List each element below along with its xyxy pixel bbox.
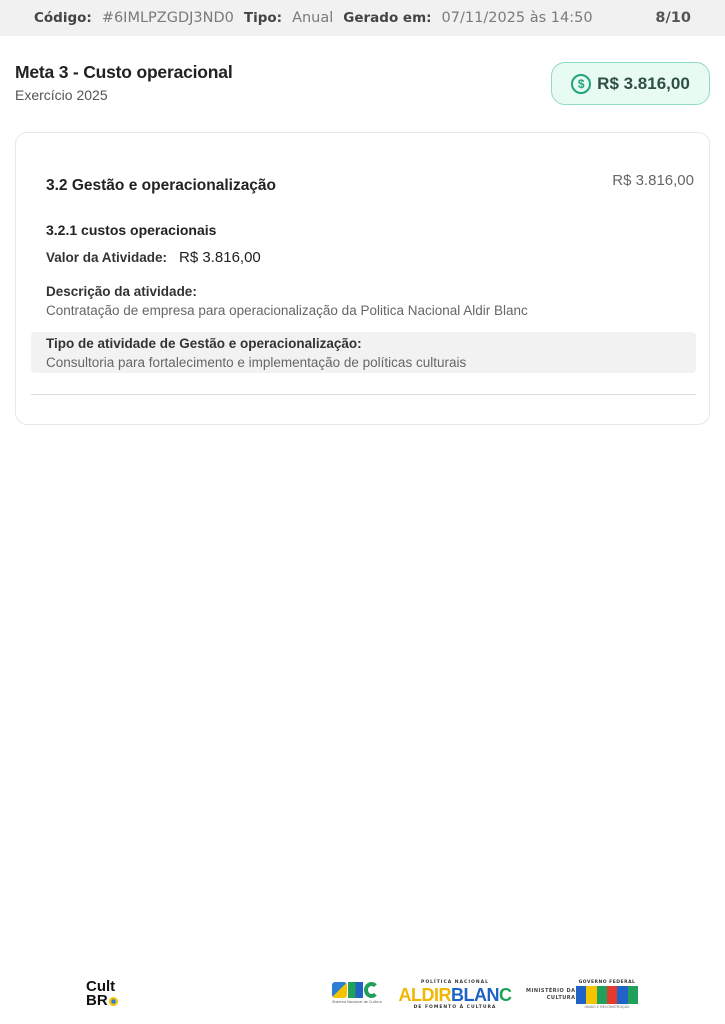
section-title: 3.2 Gestão e operacionalização xyxy=(46,177,276,195)
description-value: Contratação de empresa para operacionali… xyxy=(46,303,528,318)
aldir-blanc-logo: POLÍTICA NACIONAL ALDIRBLANC DE FOMENTO … xyxy=(396,980,514,1010)
cultbr-logo-line2: BR xyxy=(86,994,108,1008)
aldir-bottom-text: DE FOMENTO À CULTURA xyxy=(396,1005,514,1010)
activity-type-box: Tipo de atividade de Gestão e operaciona… xyxy=(31,332,696,373)
tipo-label: Tipo: xyxy=(244,10,282,26)
aldir-word: ALDIR xyxy=(399,985,452,1005)
activity-value: R$ 3.816,00 xyxy=(179,249,261,266)
activity-value-row: Valor da Atividade: R$ 3.816,00 xyxy=(46,249,261,266)
activity-type-label: Tipo de atividade de Gestão e operaciona… xyxy=(46,334,696,353)
activity-value-label: Valor da Atividade: xyxy=(46,250,167,265)
minc-line1: MINISTÉRIO DA xyxy=(526,988,576,995)
snc-caption: Sistema Nacional de Cultura xyxy=(332,1000,382,1004)
page-subtitle: Exercício 2025 xyxy=(15,87,232,103)
snc-s-shape xyxy=(332,982,347,998)
blan-word: BLAN xyxy=(451,985,499,1005)
snc-n-shape xyxy=(348,982,363,998)
report-meta-bar: Código: #6IMLPZGDJ3ND0 Tipo: Anual Gerad… xyxy=(0,0,725,36)
divider xyxy=(31,394,696,395)
section-card: 3.2 Gestão e operacionalização R$ 3.816,… xyxy=(15,132,710,425)
goal-header: Meta 3 - Custo operacional Exercício 202… xyxy=(15,62,232,103)
gerado-label: Gerado em: xyxy=(343,10,431,26)
governo-federal-logo: GOVERNO FEDERAL UNIÃO E RECONSTRUÇÃO xyxy=(576,980,638,1009)
snc-c-shape xyxy=(364,982,379,998)
minc-line2: CULTURA xyxy=(526,995,576,1002)
cultbr-logo: Cult BR xyxy=(86,980,118,1008)
gerado-value: 07/11/2025 às 14:50 xyxy=(442,10,593,26)
snc-logo: Sistema Nacional de Cultura xyxy=(332,982,382,1008)
activity-title: 3.2.1 custos operacionais xyxy=(46,222,216,238)
total-amount-badge: $ R$ 3.816,00 xyxy=(551,62,710,105)
tipo-value: Anual xyxy=(292,10,333,26)
dollar-coin-icon: $ xyxy=(571,74,591,94)
gov-bottom-text: UNIÃO E RECONSTRUÇÃO xyxy=(576,1005,638,1009)
codigo-value: #6IMLPZGDJ3ND0 xyxy=(102,10,234,26)
footer-logos: Cult BR Sistema Nacional de Cultura POLÍ… xyxy=(0,976,725,1016)
globe-icon xyxy=(109,997,118,1006)
section-amount: R$ 3.816,00 xyxy=(612,172,694,189)
page-title: Meta 3 - Custo operacional xyxy=(15,62,232,83)
page-number: 8/10 xyxy=(655,10,691,26)
minc-logo: MINISTÉRIO DA CULTURA xyxy=(526,988,576,1002)
total-amount: R$ 3.816,00 xyxy=(597,74,690,94)
codigo-label: Código: xyxy=(34,10,92,26)
c-letter: C xyxy=(499,985,512,1005)
brasil-blocks xyxy=(576,986,638,1004)
activity-type-value: Consultoria para fortalecimento e implem… xyxy=(46,353,696,372)
gov-top-text: GOVERNO FEDERAL xyxy=(576,980,638,985)
description-label: Descrição da atividade: xyxy=(46,284,197,299)
